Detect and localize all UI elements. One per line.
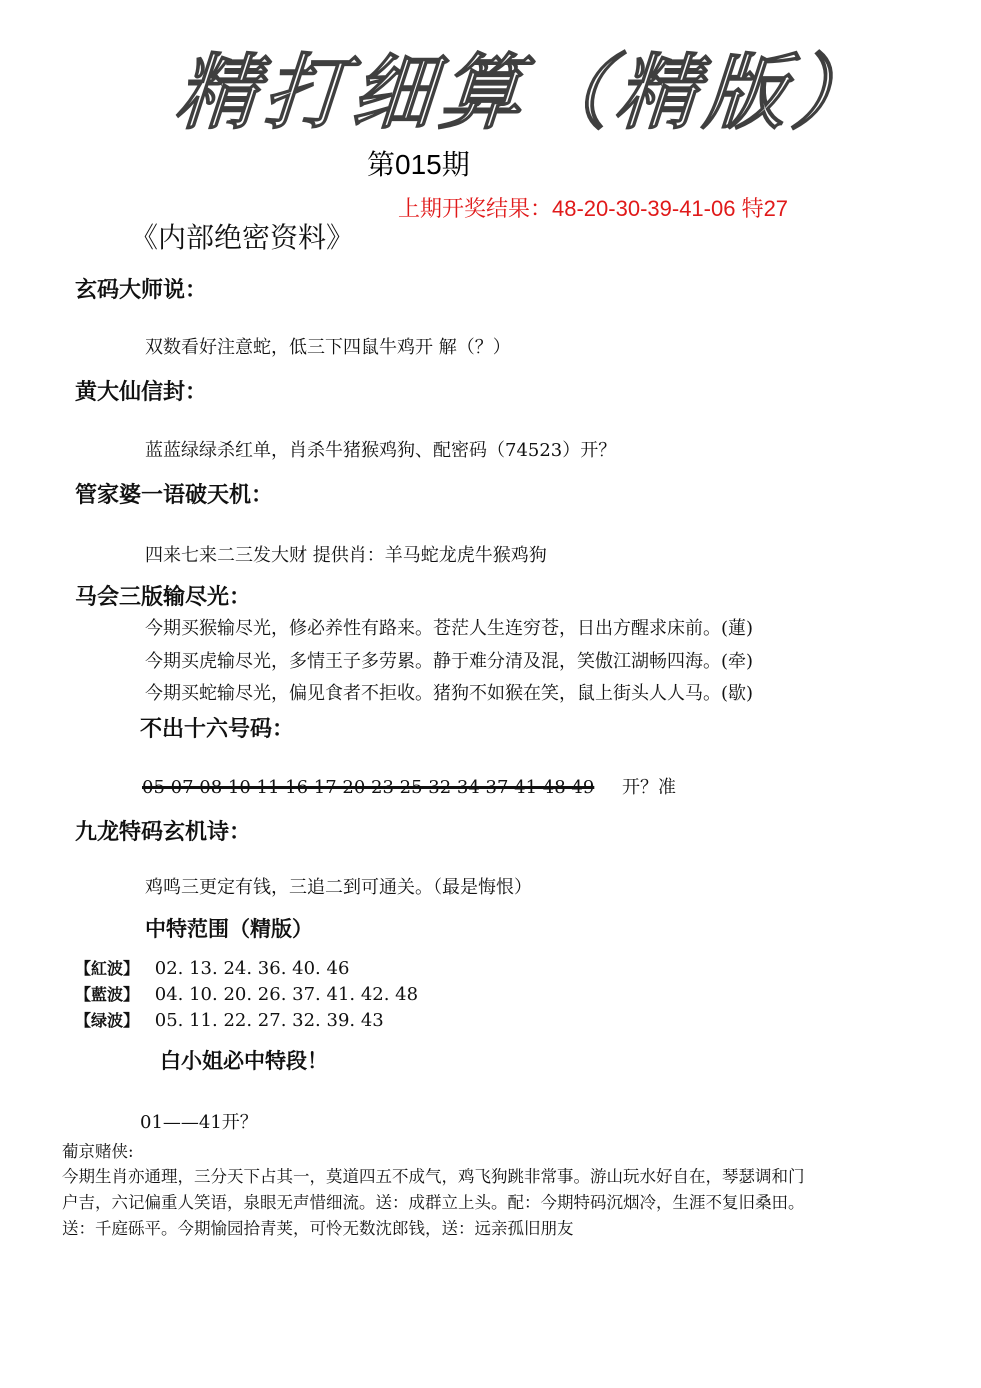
wave-numbers-green: 05. 11. 22. 27. 32. 39. 43	[155, 1010, 384, 1031]
last-draw-result: 上期开奖结果：48-20-30-39-41-06 特27	[398, 192, 788, 223]
section-heading-pujing: 葡京赌侠:	[62, 1138, 134, 1162]
excluded-suffix: 开？准	[622, 777, 676, 798]
section-heading-guanjia: 管家婆一语破天机：	[75, 478, 273, 509]
section-heading-buchu: 不出十六号码：	[140, 712, 294, 743]
section-text-guanjia: 四来七来二三发大财 提供肖：羊马蛇龙虎牛猴鸡狗	[145, 541, 547, 567]
wave-label-red: 【紅波】	[75, 959, 139, 978]
section-heading-range: 中特范围（精版）	[145, 913, 313, 943]
wave-label-green: 【绿波】	[75, 1011, 139, 1030]
section-heading-huang: 黄大仙信封：	[75, 375, 207, 406]
banner-title: 精打细算（精版）	[185, 28, 785, 138]
section-heading-jiulong: 九龙特码玄机诗：	[75, 815, 251, 846]
wave-numbers-blue: 04. 10. 20. 26. 37. 41. 42. 48	[155, 984, 418, 1005]
mahui-line-2: 今期买虎输尽光，多情王子多劳累。静于难分清及混，笑傲江湖畅四海。(牵)	[145, 647, 753, 673]
section-text-bai: 01——41开？	[140, 1108, 258, 1134]
wave-row-green: 【绿波】 05. 11. 22. 27. 32. 39. 43	[75, 1008, 384, 1031]
section-heading-bai: 白小姐必中特段！	[160, 1045, 328, 1075]
pujing-line-3: 送：千庭砾平。今期愉园拾青荚，可怜无数沈郎钱，送：远亲孤旧朋友	[62, 1215, 574, 1239]
mahui-line-3: 今期买蛇输尽光，偏见食者不拒收。猪狗不如猴在笑，鼠上街头人人马。(歇)	[145, 679, 753, 705]
pujing-line-1: 今期生肖亦通理，三分天下占其一，莫道四五不成气，鸡飞狗跳非常事。游山玩水好自在，…	[62, 1163, 805, 1187]
excluded-numbers: 05 07 08 10 11 16 17 20 23 25 32 34 37 4…	[142, 777, 594, 798]
banner-title-text: 精打细算（精版）	[166, 28, 908, 145]
wave-row-red: 【紅波】 02. 13. 24. 36. 40. 46	[75, 956, 349, 979]
buchu-line: 05 07 08 10 11 16 17 20 23 25 32 34 37 4…	[142, 773, 676, 799]
section-text-xuanma: 双数看好注意蛇，低三下四鼠牛鸡开 解（？）	[145, 333, 511, 359]
mahui-line-1: 今期买猴输尽光，修必养性有路来。苍茫人生连穷苍，日出方醒求床前。(蓮)	[145, 614, 753, 640]
section-text-jiulong: 鸡鸣三更定有钱，三追二到可通关。（最是悔恨）	[145, 873, 532, 899]
wave-numbers-red: 02. 13. 24. 36. 40. 46	[155, 958, 350, 979]
wave-row-blue: 【藍波】 04. 10. 20. 26. 37. 41. 42. 48	[75, 982, 418, 1005]
wave-label-blue: 【藍波】	[75, 985, 139, 1004]
section-heading-mahui: 马会三版输尽光：	[75, 580, 251, 611]
issue-number: 第015期	[367, 143, 470, 183]
section-text-huang: 蓝蓝绿绿杀红单，肖杀牛猪猴鸡狗、配密码（74523）开？	[145, 436, 616, 462]
pujing-line-2: 户吉，六记偏重人笑语，泉眼无声惜细流。送：成群立上头。配：今期特码沉烟冷，生涯不…	[62, 1189, 805, 1213]
document-title: 《内部绝密资料》	[130, 216, 354, 256]
section-heading-xuanma: 玄码大师说：	[75, 273, 207, 304]
